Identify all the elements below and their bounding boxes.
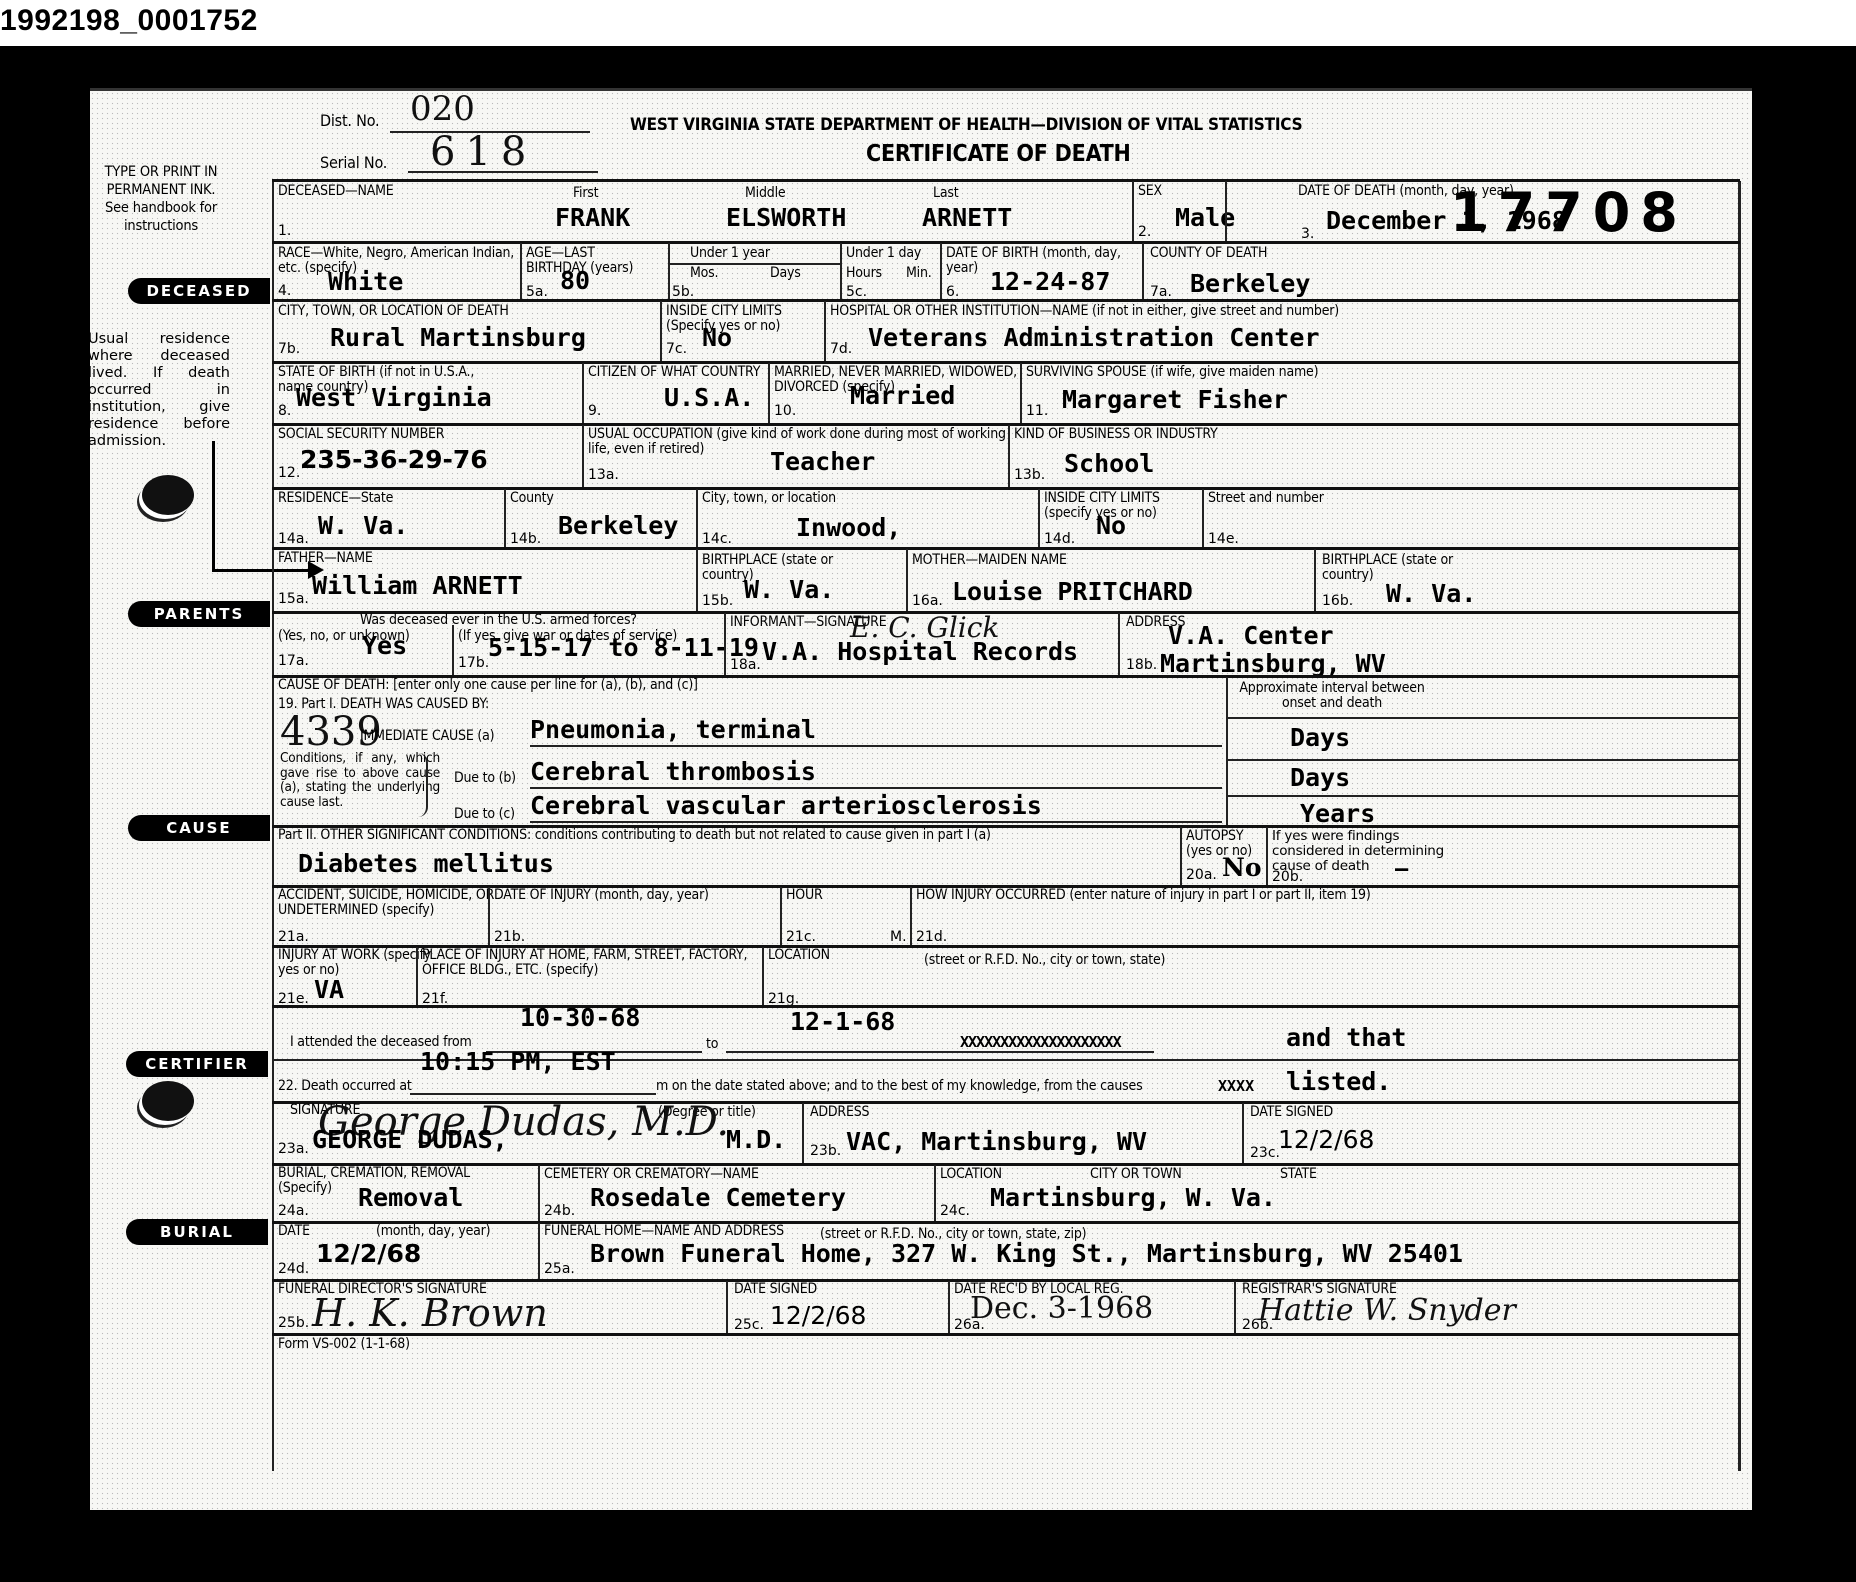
cause-c: Cerebral vascular arteriosclerosis [530, 791, 1042, 820]
middle-name: ELSWORTH [726, 203, 846, 232]
binder-hole-icon [142, 475, 194, 515]
certifier-degree: M.D. [726, 1125, 786, 1154]
autopsy-value: No [1222, 853, 1262, 882]
inside-city-value: No [702, 323, 732, 352]
father-name: William ARNETT [312, 571, 523, 600]
date-of-birth: 12-24-87 [990, 267, 1110, 296]
disposition-date: 12/2/68 [316, 1239, 421, 1268]
brace-icon [418, 753, 428, 817]
attended-to: 12-1-68 [790, 1007, 895, 1036]
race-value: White [328, 267, 403, 296]
disposition-method: Removal [358, 1183, 463, 1212]
findings-value: — [1395, 857, 1408, 882]
strikeout-text: XXXXXXXXXXXXXXXXXXXX [960, 1033, 1121, 1051]
informant-address-line2: Martinsburg, WV [1160, 649, 1386, 678]
cause-b: Cerebral thrombosis [530, 757, 816, 786]
residence-county: Berkeley [558, 511, 678, 540]
arrow-line [212, 441, 215, 571]
service-dates: 5-15-17 to 8-11-19 [488, 633, 759, 662]
dist-no-value: 020 [410, 89, 475, 129]
attended-from: 10-30-68 [520, 1003, 640, 1032]
tab-burial: BURIAL [126, 1219, 268, 1245]
interval-a: Days [1290, 723, 1350, 752]
informant-address-line1: V.A. Center [1168, 621, 1334, 650]
interval-b: Days [1290, 763, 1350, 792]
residence-inside-city: No [1096, 511, 1126, 540]
serial-no-label: Serial No. [320, 155, 387, 170]
burial-location: Martinsburg, W. Va. [990, 1183, 1276, 1212]
informant-value: V.A. Hospital Records [762, 637, 1078, 666]
cemetery-name: Rosedale Cemetery [590, 1183, 846, 1212]
date-received: Dec. 3-1968 [970, 1291, 1153, 1326]
death-certificate: Dist. No. 020 Serial No. 618 WEST VIRGIN… [90, 88, 1752, 1510]
date-of-death: December 1, 1968 [1326, 206, 1567, 235]
dist-no-label: Dist. No. [320, 113, 379, 128]
binder-hole-icon [142, 1081, 194, 1121]
agency-name: WEST VIRGINIA STATE DEPARTMENT OF HEALTH… [630, 118, 1302, 133]
other-conditions: Diabetes mellitus [298, 849, 554, 878]
mother-maiden-name: Louise PRITCHARD [952, 577, 1193, 606]
registrar-signature: Hattie W. Snyder [1258, 1293, 1516, 1328]
residence-state: W. Va. [318, 511, 408, 540]
mother-birthplace: W. Va. [1386, 579, 1476, 608]
certifier-name: GEORGE DUDAS, [312, 1125, 508, 1154]
certifier-address: VAC, Martinsburg, WV [846, 1127, 1147, 1156]
father-birthplace: W. Va. [744, 575, 834, 604]
tab-certifier: CERTIFIER [126, 1051, 268, 1077]
citizen-value: U.S.A. [664, 383, 754, 412]
cause-a: Pneumonia, terminal [530, 715, 816, 744]
city-of-death: Rural Martinsburg [330, 323, 586, 352]
surviving-spouse: Margaret Fisher [1062, 385, 1288, 414]
serial-no-value: 618 [430, 129, 536, 175]
residence-city: Inwood, [796, 513, 901, 542]
state-of-birth: West Virginia [296, 383, 492, 412]
and-that-text: and that [1286, 1023, 1406, 1052]
interval-c: Years [1300, 799, 1375, 828]
business-value: School [1064, 449, 1154, 478]
tab-cause: CAUSE [128, 815, 270, 841]
county-of-death: Berkeley [1190, 269, 1310, 298]
death-time: 10:15 PM, EST [420, 1047, 616, 1076]
ssn-value: 235-36-29-76 [300, 445, 488, 474]
injury-at-work-value: VA [314, 975, 344, 1004]
last-name: ARNETT [922, 203, 1012, 232]
listed-text: listed. [1286, 1067, 1391, 1096]
ink-instructions: TYPE OR PRINT INPERMANENT INK.See handbo… [86, 163, 236, 235]
armed-forces-value: Yes [362, 631, 407, 660]
funeral-home: Brown Funeral Home, 327 W. King St., Mar… [590, 1239, 1463, 1268]
occupation-value: Teacher [770, 447, 875, 476]
funeral-director-date: 12/2/68 [770, 1301, 866, 1330]
hospital-value: Veterans Administration Center [868, 323, 1320, 352]
certifier-date-signed: 12/2/68 [1278, 1125, 1374, 1154]
residence-note: Usual residence where deceased lived. If… [88, 331, 230, 450]
conditions-note: Conditions, if any, which gave rise to a… [280, 751, 440, 809]
marital-status: Married [850, 381, 955, 410]
tab-deceased: DECEASED [128, 278, 270, 304]
age-value: 80 [560, 266, 590, 295]
first-name: FRANK [555, 203, 630, 232]
document-id: 1992198_0001752 [0, 4, 258, 38]
certificate-title: CERTIFICATE OF DEATH [866, 147, 1131, 162]
form-number: Form VS-002 (1-1-68) [278, 1337, 410, 1352]
funeral-director-signature: H. K. Brown [312, 1291, 548, 1335]
tab-parents: PARENTS [128, 601, 270, 627]
